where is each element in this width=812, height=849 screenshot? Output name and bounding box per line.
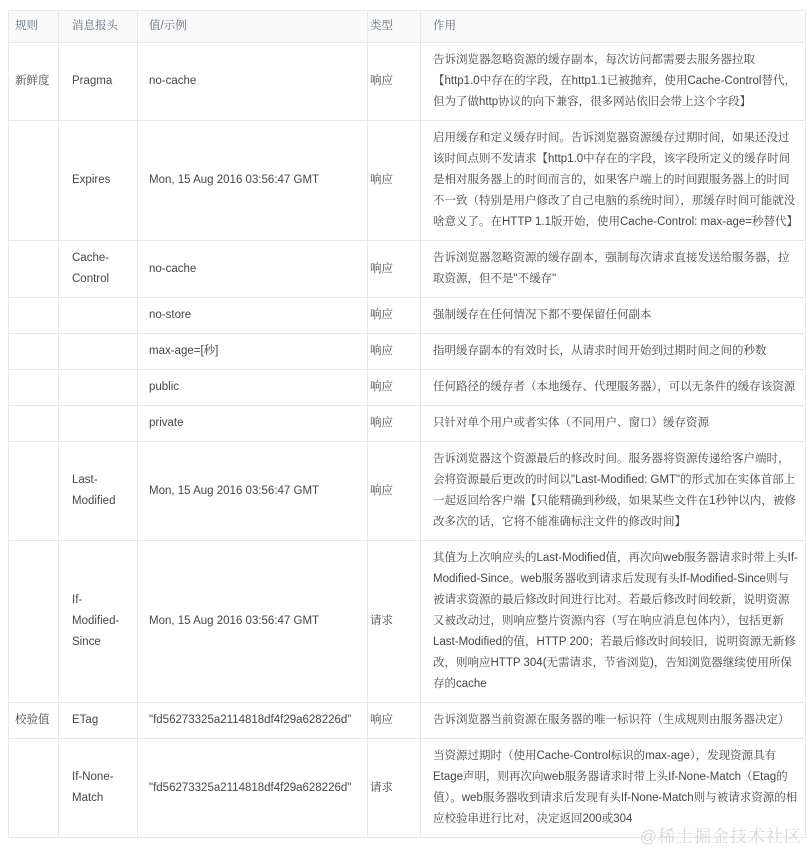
cell-rule (9, 739, 59, 838)
cell-type: 响应 (368, 334, 421, 370)
cell-effect: 告诉浏览器忽略资源的缓存副本，强制每次请求直接发送给服务器，拉取资源，但不是"不… (421, 241, 806, 298)
cell-type: 响应 (368, 370, 421, 406)
cell-type: 请求 (368, 739, 421, 838)
cell-type: 响应 (368, 442, 421, 541)
table-body: 新鲜度Pragmano-cache响应告诉浏览器忽略资源的缓存副本，每次访问都需… (9, 43, 806, 838)
table-row: public响应任何路径的缓存者（本地缓存、代理服务器），可以无条件的缓存该资源 (9, 370, 806, 406)
cell-header: Expires (59, 121, 138, 241)
table-header-row: 规则 消息报头 值/示例 类型 作用 (9, 11, 806, 43)
cell-effect: 当资源过期时（使用Cache-Control标识的max-age），发现资源具有… (421, 739, 806, 838)
table-row: Cache-Controlno-cache响应告诉浏览器忽略资源的缓存副本，强制… (9, 241, 806, 298)
cell-rule (9, 241, 59, 298)
column-header-message-header: 消息报头 (59, 11, 138, 43)
cell-type: 响应 (368, 43, 421, 121)
cell-effect: 启用缓存和定义缓存时间。告诉浏览器资源缓存过期时间，如果还没过该时间点则不发请求… (421, 121, 806, 241)
cell-effect: 告诉浏览器当前资源在服务器的唯一标识符（生成规则由服务器决定） (421, 703, 806, 739)
cell-header (59, 406, 138, 442)
cell-rule (9, 298, 59, 334)
cell-header: ETag (59, 703, 138, 739)
cell-value: no-cache (138, 43, 368, 121)
cell-effect: 告诉浏览器忽略资源的缓存副本，每次访问都需要去服务器拉取【http1.0中存在的… (421, 43, 806, 121)
cell-value: Mon, 15 Aug 2016 03:56:47 GMT (138, 442, 368, 541)
cell-rule (9, 334, 59, 370)
page: 规则 消息报头 值/示例 类型 作用 新鲜度Pragmano-cache响应告诉… (0, 0, 812, 849)
cell-type: 响应 (368, 406, 421, 442)
cell-header: If-None-Match (59, 739, 138, 838)
cell-value: no-cache (138, 241, 368, 298)
cell-value: private (138, 406, 368, 442)
cell-value: Mon, 15 Aug 2016 03:56:47 GMT (138, 121, 368, 241)
http-cache-headers-table: 规则 消息报头 值/示例 类型 作用 新鲜度Pragmano-cache响应告诉… (8, 10, 806, 838)
cell-effect: 告诉浏览器这个资源最后的修改时间。服务器将资源传递给客户端时，会将资源最后更改的… (421, 442, 806, 541)
cell-value: "fd56273325a2114818df4f29a628226d" (138, 739, 368, 838)
cell-rule (9, 406, 59, 442)
cell-value: "fd56273325a2114818df4f29a628226d" (138, 703, 368, 739)
column-header-type: 类型 (368, 11, 421, 43)
table-row: 新鲜度Pragmano-cache响应告诉浏览器忽略资源的缓存副本，每次访问都需… (9, 43, 806, 121)
cell-value: Mon, 15 Aug 2016 03:56:47 GMT (138, 541, 368, 703)
table-row: no-store响应强制缓存在任何情况下都不要保留任何副本 (9, 298, 806, 334)
cell-effect: 强制缓存在任何情况下都不要保留任何副本 (421, 298, 806, 334)
cell-header: Last-Modified (59, 442, 138, 541)
cell-effect: 任何路径的缓存者（本地缓存、代理服务器），可以无条件的缓存该资源 (421, 370, 806, 406)
cell-header (59, 334, 138, 370)
cell-type: 响应 (368, 298, 421, 334)
table-row: If-None-Match"fd56273325a2114818df4f29a6… (9, 739, 806, 838)
cell-effect: 其值为上次响应头的Last-Modified值，再次向web服务器请求时带上头I… (421, 541, 806, 703)
column-header-rule: 规则 (9, 11, 59, 43)
table-row: ExpiresMon, 15 Aug 2016 03:56:47 GMT响应启用… (9, 121, 806, 241)
cell-rule: 新鲜度 (9, 43, 59, 121)
table-row: If-Modified-SinceMon, 15 Aug 2016 03:56:… (9, 541, 806, 703)
cell-rule (9, 442, 59, 541)
cell-rule (9, 370, 59, 406)
cell-value: no-store (138, 298, 368, 334)
cell-value: public (138, 370, 368, 406)
table-row: max-age=[秒]响应指明缓存副本的有效时长，从请求时间开始到过期时间之间的… (9, 334, 806, 370)
cell-rule: 校验值 (9, 703, 59, 739)
cell-header (59, 370, 138, 406)
table-row: private响应只针对单个用户或者实体（不同用户、窗口）缓存资源 (9, 406, 806, 442)
table-row: 校验值ETag"fd56273325a2114818df4f29a628226d… (9, 703, 806, 739)
table-row: Last-ModifiedMon, 15 Aug 2016 03:56:47 G… (9, 442, 806, 541)
cell-effect: 只针对单个用户或者实体（不同用户、窗口）缓存资源 (421, 406, 806, 442)
cell-header: Pragma (59, 43, 138, 121)
cell-value: max-age=[秒] (138, 334, 368, 370)
cell-type: 响应 (368, 241, 421, 298)
cell-header (59, 298, 138, 334)
column-header-effect: 作用 (421, 11, 806, 43)
cell-header: Cache-Control (59, 241, 138, 298)
cell-rule (9, 121, 59, 241)
cell-effect: 指明缓存副本的有效时长，从请求时间开始到过期时间之间的秒数 (421, 334, 806, 370)
cell-rule (9, 541, 59, 703)
column-header-value-example: 值/示例 (138, 11, 368, 43)
cell-header: If-Modified-Since (59, 541, 138, 703)
cell-type: 响应 (368, 121, 421, 241)
cell-type: 响应 (368, 703, 421, 739)
cell-type: 请求 (368, 541, 421, 703)
